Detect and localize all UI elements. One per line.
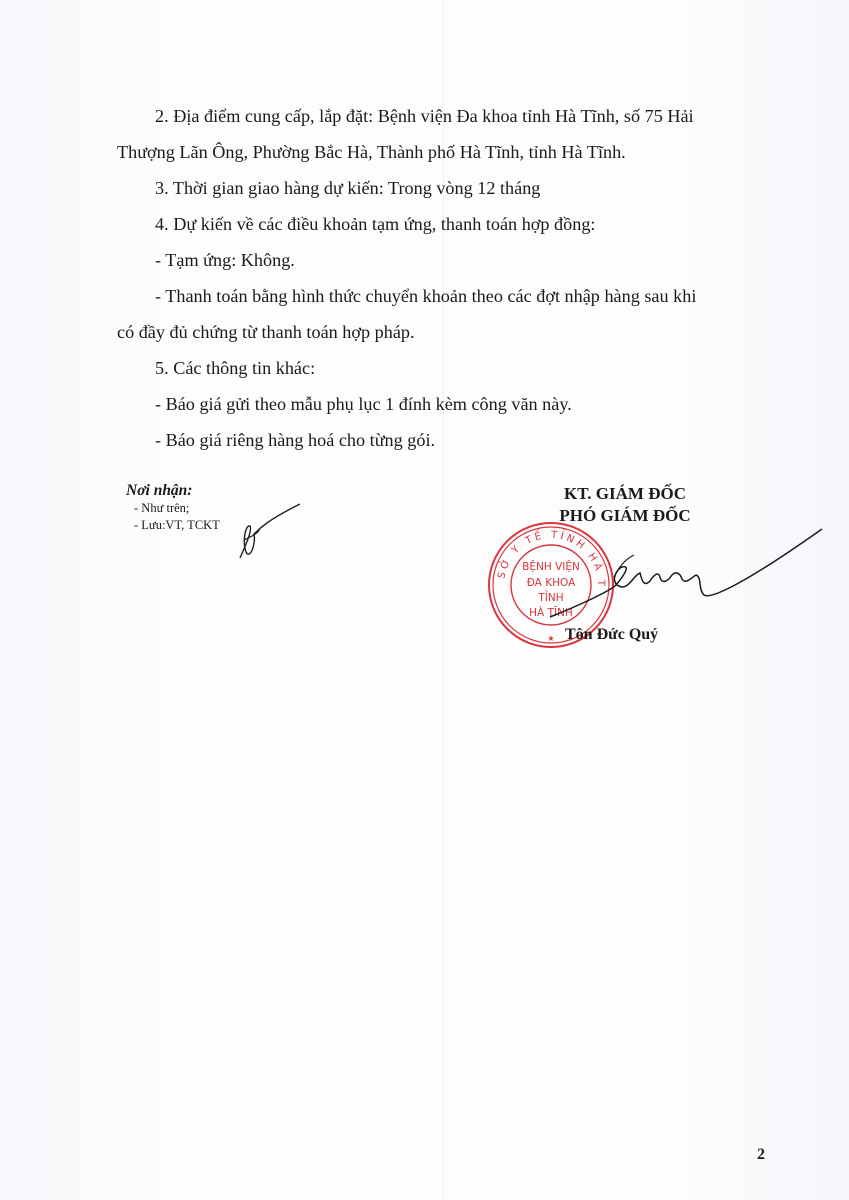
recipients-title: Nơi nhận:: [126, 482, 220, 500]
page-number: 2: [757, 1146, 765, 1164]
recipient-item: - Lưu:VT, TCKT: [126, 517, 220, 534]
paragraph-line: - Thanh toán bằng hình thức chuyển khoản…: [117, 278, 777, 314]
document-body: 2. Địa điểm cung cấp, lắp đặt: Bệnh viện…: [117, 98, 777, 458]
signer-name: Tôn Đức Quý: [565, 626, 658, 644]
paragraph-line: Thượng Lãn Ông, Phường Bắc Hà, Thành phố…: [117, 134, 777, 170]
paragraph-line: - Tạm ứng: Không.: [117, 242, 777, 278]
svg-text:★: ★: [547, 634, 554, 643]
paragraph-line: - Báo giá gửi theo mẫu phụ lục 1 đính kè…: [117, 386, 777, 422]
initials-signature-icon: [238, 500, 308, 565]
paragraph-line: - Báo giá riêng hàng hoá cho từng gói.: [117, 422, 777, 458]
signer-role: KT. GIÁM ĐỐC: [470, 483, 780, 505]
director-signature-icon: [530, 525, 830, 625]
paragraph-line: 4. Dự kiến về các điều khoản tạm ứng, th…: [117, 206, 777, 242]
paragraph-line: có đầy đủ chứng từ thanh toán hợp pháp.: [117, 314, 777, 350]
paragraph-line: 5. Các thông tin khác:: [117, 350, 777, 386]
recipient-item: - Như trên;: [126, 500, 220, 517]
paragraph-line: 2. Địa điểm cung cấp, lắp đặt: Bệnh viện…: [117, 98, 777, 134]
paragraph-line: 3. Thời gian giao hàng dự kiến: Trong vò…: [117, 170, 777, 206]
recipients-block: Nơi nhận: - Như trên; - Lưu:VT, TCKT: [126, 482, 220, 534]
